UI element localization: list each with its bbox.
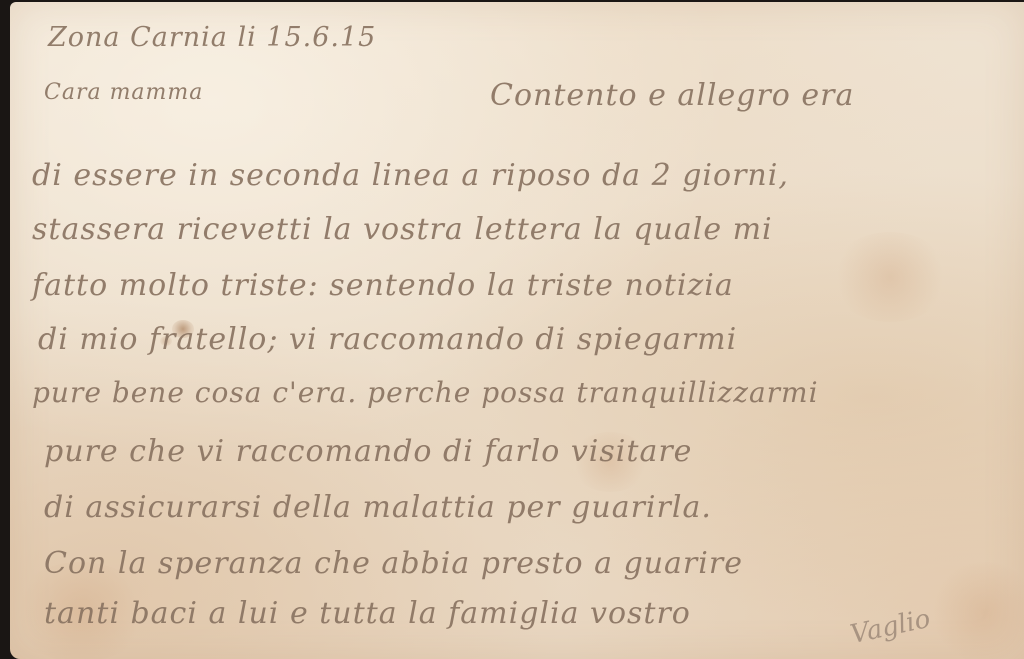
scanned-postcard: Zona Carnia li 15.6.15 Cara mamma Conten… — [0, 0, 1024, 659]
paper-foxing — [830, 232, 950, 322]
letter-line-8: di assicurarsi della malattia per guarir… — [44, 490, 712, 525]
letter-line-3: stassera ricevetti la vostra lettera la … — [32, 212, 773, 247]
letter-line-1: Contento e allegro era — [490, 78, 854, 113]
salutation: Cara mamma — [44, 80, 203, 105]
letter-line-9: Con la speranza che abbia presto a guari… — [44, 546, 743, 581]
letter-line-2: di essere in seconda linea a riposo da 2… — [32, 158, 789, 193]
place-date: Zona Carnia li 15.6.15 — [48, 22, 376, 53]
letter-line-5: di mio fratello; vi raccomando di spiega… — [38, 322, 737, 357]
letter-line-4: fatto molto triste: sentendo la triste n… — [32, 268, 734, 303]
letter-line-6: pure bene cosa c'era. perche possa tranq… — [32, 376, 819, 409]
letter-line-7: pure che vi raccomando di farlo visitare — [44, 434, 692, 469]
letter-line-10: tanti baci a lui e tutta la famiglia vos… — [44, 596, 691, 631]
paper-foxing — [930, 562, 1024, 659]
